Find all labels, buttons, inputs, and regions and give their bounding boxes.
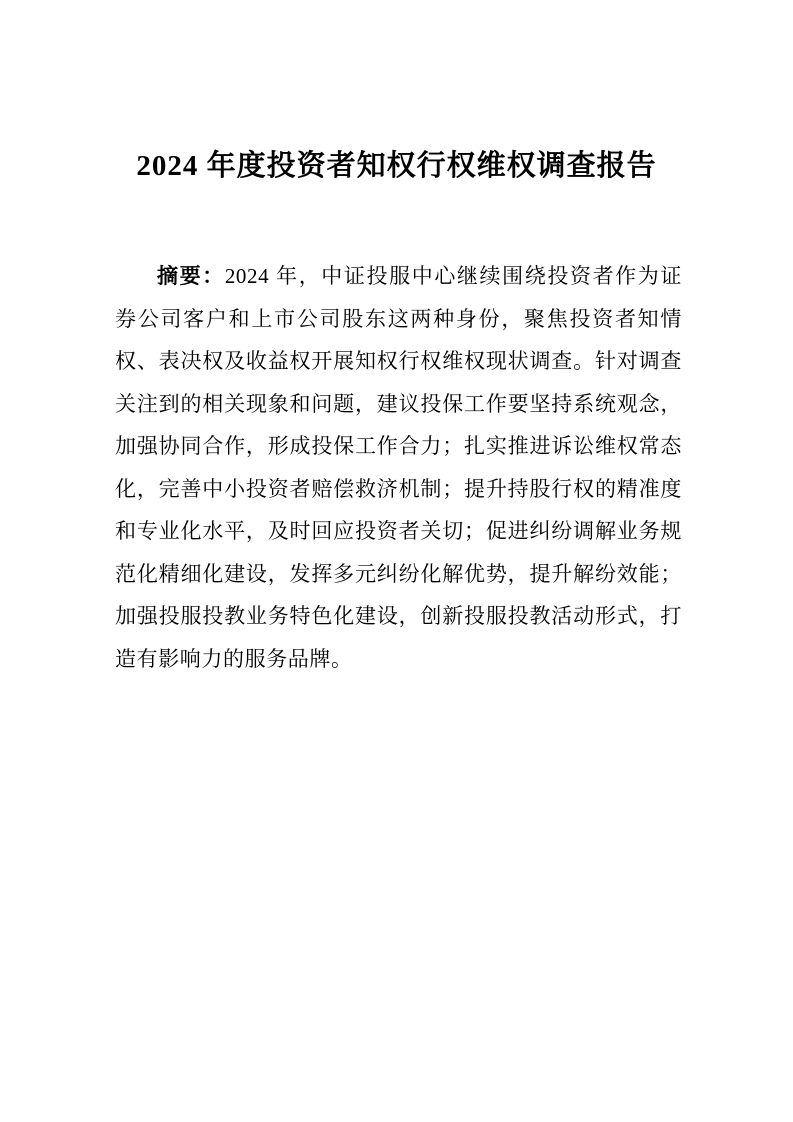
- document-page: 2024 年度投资者知权行权维权调查报告 摘要：2024 年，中证投服中心继续围…: [0, 0, 793, 1122]
- abstract-text: 2024 年，中证投服中心继续围绕投资者作为证券公司客户和上市公司股东这两种身份…: [115, 264, 682, 671]
- abstract-paragraph: 摘要：2024 年，中证投服中心继续围绕投资者作为证券公司客户和上市公司股东这两…: [115, 255, 682, 680]
- document-title: 2024 年度投资者知权行权维权调查报告: [0, 0, 793, 185]
- abstract-label: 摘要：: [157, 264, 225, 288]
